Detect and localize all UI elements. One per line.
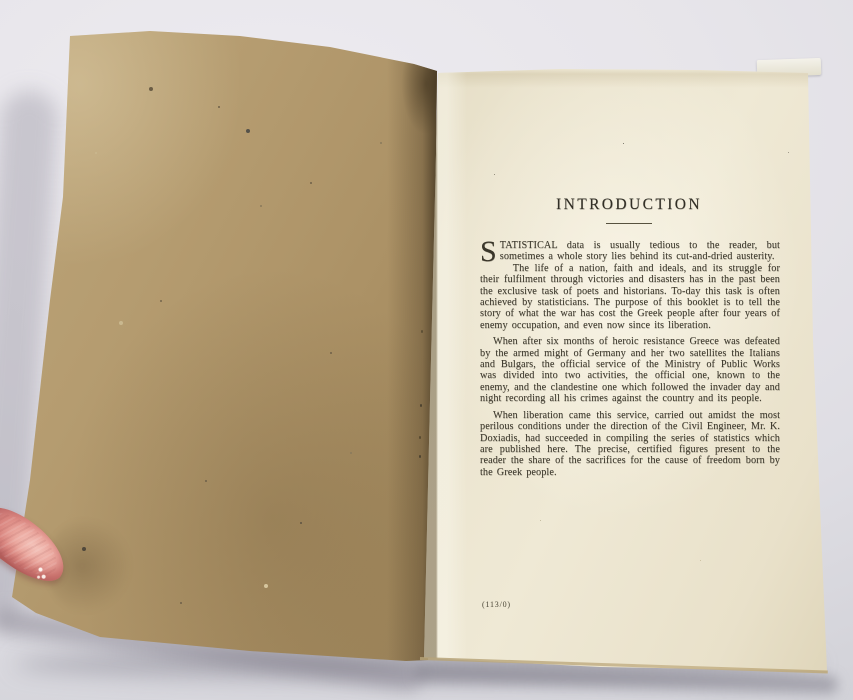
paragraph-life-of-a-nation: The life of a nation, faith and ideals, … bbox=[480, 263, 780, 331]
printers-code: (113/0) bbox=[482, 600, 511, 609]
page-title: INTRODUCTION bbox=[475, 196, 783, 214]
spine-stitching bbox=[0, 0, 2, 3]
paragraph-six-months-resistance: When after six months of heroic resistan… bbox=[480, 336, 780, 404]
introduction-heading-block: INTRODUCTION bbox=[475, 196, 783, 224]
photo-of-open-booklet: INTRODUCTION STATISTICAL data is usually… bbox=[0, 0, 853, 700]
paragraph-liberation: When liberation came this service, carri… bbox=[480, 410, 780, 478]
right-printed-page: INTRODUCTION STATISTICAL data is usually… bbox=[405, 0, 853, 700]
introduction-body-text: STATISTICAL data is usually tedious to t… bbox=[480, 240, 780, 478]
title-divider-rule bbox=[606, 223, 652, 224]
drop-cap: S bbox=[480, 240, 500, 263]
left-kraft-cover-page bbox=[0, 0, 440, 700]
paragraph-text: TATISTICAL data is usually tedious to th… bbox=[500, 240, 780, 262]
paragraph-statistical: STATISTICAL data is usually tedious to t… bbox=[480, 240, 780, 263]
paper-speckles bbox=[405, 0, 406, 1]
